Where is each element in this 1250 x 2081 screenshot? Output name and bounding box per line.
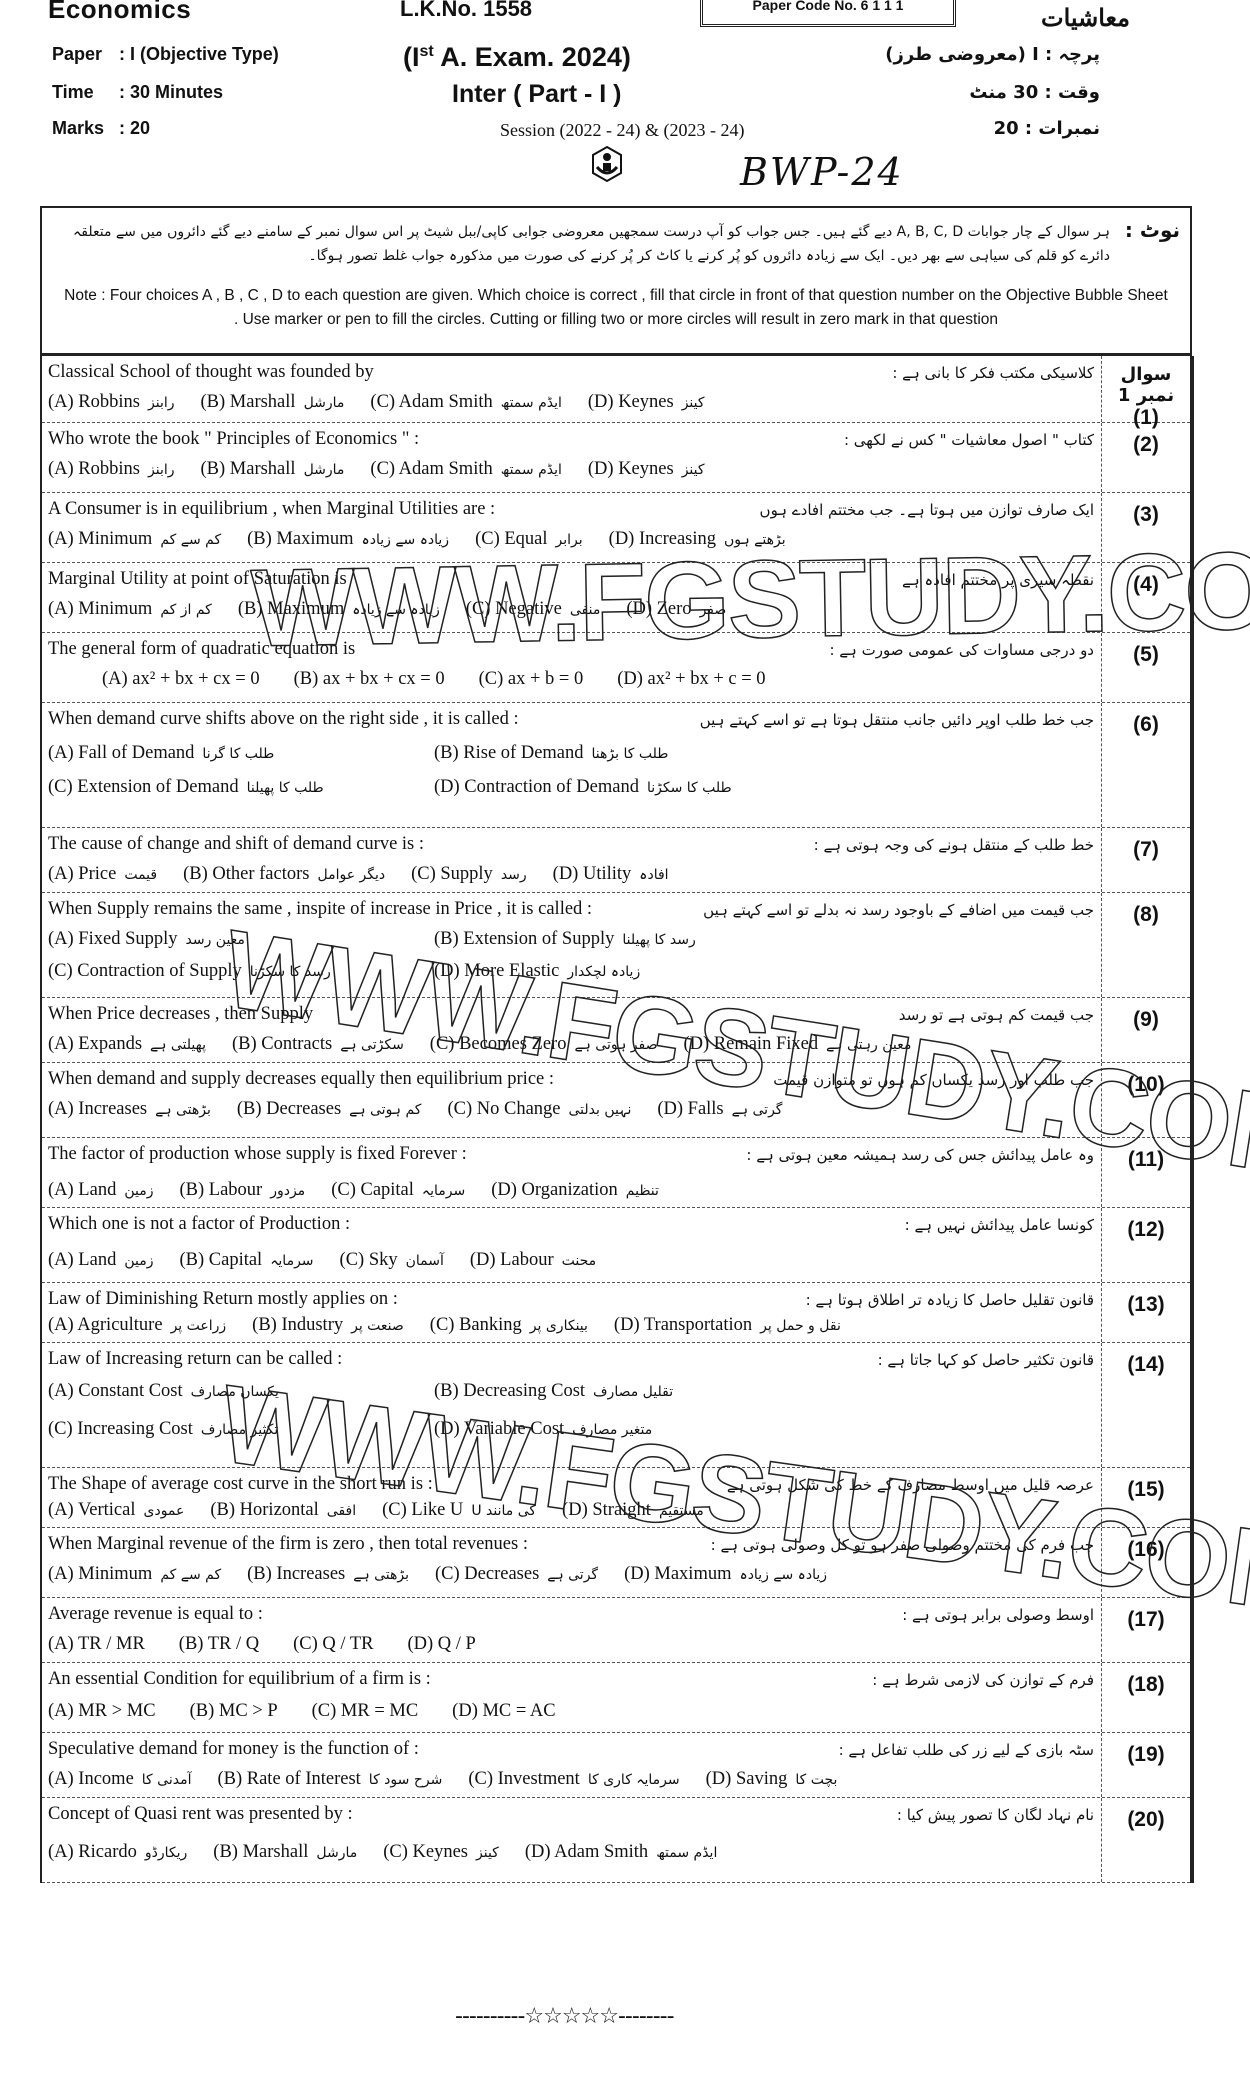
option-label: (A) Land [48,1180,116,1200]
option-c: (C) Investmentسرمایہ کاری کا [468,1769,679,1790]
question-text: When demand and supply decreases equally… [48,1069,554,1090]
option-d: (D) Fallsگرتی ہے [657,1099,782,1120]
question-text-urdu: کتاب " اصول معاشیات " کس نے لکھی : [844,431,1094,449]
option-a: (A) Minimumکم سے کم [48,529,221,550]
question-text-urdu: کلاسیکی مکتب فکر کا بانی ہے : [892,364,1094,382]
options-line: (A) TR / MR(B) TR / Q(C) Q / TR(D) Q / P [48,1634,510,1655]
option-label-urdu: افقی [327,1503,356,1519]
option-label-urdu: طلب کا سکڑنا [647,780,732,796]
options-line: (A) Expandsپھیلتی ہے(B) Contractsسکڑتی ہ… [48,1034,937,1055]
option-b: (B) Labourمزدور [179,1180,305,1201]
option-a: (A) Ricardoریکارڈو [48,1842,187,1863]
option-d: (D) Maximumزیادہ سے زیادہ [624,1564,827,1585]
question-row: When Supply remains the same , inspite o… [42,893,1190,998]
question-text-urdu: جب قیمت میں اضافے کے باوجود رسد نہ بدلے … [703,901,1094,919]
option-label-urdu: کم سے کم [160,532,221,548]
question-number: (11) [1102,1148,1190,1172]
instructions-box: نوٹ : ہر سوال کے چار جوابات A, B, C, D د… [40,206,1192,356]
urdu-paper-line: پرچہ : I (معروضی طرز) [885,44,1100,65]
option-d: (D) Remain Fixedمعین رہتی ہے [683,1034,911,1055]
question-number-cell: (4) [1101,563,1190,632]
option-label-urdu: معین رہتی ہے [826,1037,911,1053]
question-text-urdu: نقطہ سیری پر مختتم افادہ ہے [902,571,1094,589]
question-row: Classical School of thought was founded … [42,356,1190,423]
question-number-cell: (11) [1101,1138,1190,1207]
question-number: (19) [1102,1743,1190,1767]
question-number-cell: (8) [1101,893,1190,997]
options-line: (A) Priceقیمت(B) Other factorsدیگر عوامل… [48,864,695,885]
option-a: (A) Fall of Demandطلب کا گرنا [48,743,408,764]
option-d: (D) Increasingبڑھتے ہوں [609,529,786,550]
options-line: (C) Increasing Costتکثیر مصارف(D) Variab… [48,1419,820,1440]
question-text: Marginal Utility at point of Saturation … [48,569,347,590]
question-text-urdu: وہ عامل پیدائش جس کی رسد ہمیشہ معین ہوتی… [746,1146,1094,1164]
option-label: (A) Price [48,864,116,884]
option-label-urdu: ایڈم سمتھ [656,1845,717,1861]
question-text: When Supply remains the same , inspite o… [48,899,592,920]
exam-rest: A. Exam. 2024) [434,42,631,72]
option-c: (C) Contraction of Supplyرسد کا سکڑنا [48,961,408,982]
option-label: (B) Decreases [237,1099,341,1119]
question-text-urdu: خط طلب کے منتقل ہونے کی وجہ ہوتی ہے : [814,836,1094,854]
options-line: (A) Ricardoریکارڈو(B) Marshallمارشل(C) K… [48,1842,743,1863]
option-label: (D) Transportation [614,1315,752,1335]
option-b: (B) Decreasing Costتقلیل مصارف [434,1381,794,1402]
question-number-cell: (16) [1101,1528,1190,1597]
question-text: The cause of change and shift of demand … [48,834,424,855]
options-line: (A) ax² + bx + cx = 0(B) ax + bx + cx = … [102,669,800,690]
option-b: (B) ax + bx + cx = 0 [294,669,453,690]
option-label: (D) Remain Fixed [683,1034,818,1054]
option-label-urdu: رسد کا سکڑنا [250,964,331,980]
option-a: (A) MR > MC [48,1701,164,1722]
option-label: (D) Increasing [609,529,716,549]
handwritten-code: BWP-24 [740,150,904,194]
option-label-urdu: تکثیر مصارف [201,1422,278,1438]
option-label: (D) More Elastic [434,961,559,981]
question-row: Speculative demand for money is the func… [42,1733,1190,1798]
option-label-urdu: رابنز [148,462,175,478]
urdu-subject-title: معاشیات [1041,4,1130,33]
option-label: (A) Constant Cost [48,1381,183,1401]
question-text-urdu: جب قیمت کم ہوتی ہے تو رسد [899,1006,1094,1024]
options-line: (A) Landزمین(B) Labourمزدور(C) Capitalسر… [48,1180,685,1201]
option-c: (C) Q / TR [293,1634,381,1655]
marks-line: Marks : 20 [52,118,150,139]
question-row: A Consumer is in equilibrium , when Marg… [42,493,1190,563]
options-line: (A) Constant Costیکساں مصارف(B) Decreasi… [48,1381,820,1402]
question-text-urdu: سٹہ بازی کے لیے زر کی طلب تفاعل ہے : [839,1741,1094,1759]
option-label: (B) Rise of Demand [434,743,584,763]
option-label: (C) Supply [411,864,493,884]
option-label: (A) Land [48,1250,116,1270]
question-number: (20) [1102,1808,1190,1832]
option-label-urdu: طلب کا پھیلنا [247,780,324,796]
footer-stars: ----------☆☆☆☆☆-------- [455,2004,674,2029]
option-c: (C) Adam Smithایڈم سمتھ [370,459,561,480]
option-label: (A) Vertical [48,1500,136,1520]
option-label: (D) Zero [626,599,691,619]
option-a: (A) Robbinsرابنز [48,459,175,480]
option-d: (D) Organizationتنظیم [491,1180,659,1201]
option-c: (C) Bankingبینکاری پر [430,1315,588,1336]
option-label-urdu: رابنز [148,395,175,411]
option-a: (A) Verticalعمودی [48,1500,184,1521]
option-label: (D) Maximum [624,1564,731,1584]
option-label-urdu: کینز [682,395,705,411]
time-value: : 30 Minutes [119,82,223,102]
option-label: (B) Marshall [201,392,296,412]
option-label: (C) MR = MC [312,1701,419,1721]
option-label: (A) Minimum [48,599,152,619]
option-label: (A) Minimum [48,529,152,549]
option-label-urdu: محنت [562,1253,597,1269]
option-label: (B) Maximum [238,599,344,619]
option-label: (B) Marshall [201,459,296,479]
option-label: (B) Increases [247,1564,345,1584]
question-number: (13) [1102,1293,1190,1317]
option-label: (B) TR / Q [179,1634,259,1654]
marks-label: Marks [52,118,114,139]
question-text-urdu: نام نہاد لگان کا تصور پیش کیا : [897,1806,1094,1824]
option-label-urdu: منفی [570,602,600,618]
option-label-urdu: پھیلتی ہے [150,1037,206,1053]
option-label: (A) Income [48,1769,134,1789]
question-number: (2) [1102,433,1190,457]
option-label: (A) Ricardo [48,1842,137,1862]
option-label: (D) Organization [491,1180,618,1200]
option-b: (B) Rise of Demandطلب کا بڑھنا [434,743,794,764]
option-label-urdu: زیادہ سے زیادہ [362,532,450,548]
option-label: (A) Fixed Supply [48,929,178,949]
options-line: (A) Minimumکم سے کم(B) Maximumزیادہ سے ز… [48,529,812,550]
option-label: (D) Keynes [588,392,674,412]
option-label-urdu: دیگر عوامل [317,867,385,883]
exam-sup: st [420,43,434,60]
option-label: (A) Robbins [48,459,140,479]
option-label: (B) Decreasing Cost [434,1381,585,1401]
question-number: (6) [1102,713,1190,737]
question-number-cell: (3) [1101,493,1190,562]
option-d: (D) Transportationنقل و حمل پر [614,1315,841,1336]
option-label-urdu: U کی مانند [471,1503,536,1519]
urdu-marks-line: نمبرات : 20 [994,118,1100,139]
option-d: (D) Zeroصفر [626,599,726,620]
option-c: (C) ax + b = 0 [479,669,592,690]
option-c: (C) Adam Smithایڈم سمتھ [370,392,561,413]
time-line: Time : 30 Minutes [52,82,223,103]
question-row: Average revenue is equal to :اوسط وصولی … [42,1598,1190,1663]
option-label-urdu: کینز [476,1845,499,1861]
option-label-urdu: طلب کا بڑھنا [592,746,669,762]
question-number-cell: (2) [1101,423,1190,492]
question-text-urdu: کونسا عامل پیدائش نہیں ہے : [905,1216,1094,1234]
question-row: When Marginal revenue of the firm is zer… [42,1528,1190,1598]
question-number-cell: (20) [1101,1798,1190,1882]
question-number: (8) [1102,903,1190,927]
question-text: When demand curve shifts above on the ri… [48,709,519,730]
option-label-urdu: کم ہوتی ہے [349,1102,421,1118]
option-label-urdu: صنعت پر [351,1318,404,1334]
option-label: (A) Minimum [48,1564,152,1584]
option-b: (B) TR / Q [179,1634,267,1655]
option-label: (B) Horizontal [210,1500,318,1520]
option-c: (C) No Changeنہیں بدلتی [447,1099,631,1120]
question-number: (10) [1102,1073,1190,1097]
question-row: Concept of Quasi rent was presented by :… [42,1798,1190,1883]
question-number: (9) [1102,1008,1190,1032]
option-label: (A) ax² + bx + cx = 0 [102,669,260,689]
options-line: (C) Extension of Demandطلب کا پھیلنا(D) … [48,777,820,798]
option-label: (D) Variable Cost [434,1419,564,1439]
option-label: (D) Utility [553,864,632,884]
options-line: (A) Agricultureزراعت پر(B) Industryصنعت … [48,1315,867,1336]
session-text: Session (2022 - 24) & (2023 - 24) [500,120,744,141]
option-a: (A) Expandsپھیلتی ہے [48,1034,206,1055]
option-label-urdu: بڑھتے ہوں [724,532,786,548]
urdu-note-text: ہر سوال کے چار جوابات A, B, C, D دیے گئے… [42,220,1180,268]
question-number-cell: سوال نمبر 1(1) [1101,356,1190,422]
option-c: (C) Extension of Demandطلب کا پھیلنا [48,777,408,798]
question-row: The general form of quadratic equation i… [42,633,1190,703]
question-number-cell: (17) [1101,1598,1190,1662]
option-label-urdu: عمودی [144,1503,185,1519]
options-line: (A) Minimumکم سے کم(B) Increasesبڑھتی ہے… [48,1564,853,1585]
options-line: (A) Fixed Supplyمعین رسد(B) Extension of… [48,929,820,950]
question-row: When demand and supply decreases equally… [42,1063,1190,1138]
option-b: (B) Maximumزیادہ سے زیادہ [238,599,440,620]
time-label: Time [52,82,114,103]
option-b: (B) Rate of Interestشرح سود کا [217,1769,442,1790]
option-label: (D) ax² + bx + c = 0 [617,669,765,689]
option-label: (A) Expands [48,1034,142,1054]
question-number: (15) [1102,1478,1190,1502]
board-logo-icon [590,145,624,183]
question-number: (7) [1102,838,1190,862]
option-label-urdu: برابر [556,532,583,548]
option-label-urdu: زیادہ سے زیادہ [739,1567,827,1583]
options-line: (A) Robbinsرابنز(B) Marshallمارشل(C) Ada… [48,459,731,480]
question-number-cell: (19) [1101,1733,1190,1797]
options-line: (C) Contraction of Supplyرسد کا سکڑنا(D)… [48,961,820,982]
options-line: (A) Verticalعمودی(B) Horizontalافقی(C) L… [48,1500,730,1521]
options-line: (A) Landزمین(B) Capitalسرمایہ(C) Skyآسما… [48,1250,622,1271]
question-row: An essential Condition for equilibrium o… [42,1663,1190,1733]
question-number: (4) [1102,573,1190,597]
question-text-urdu: ایک صارف توازن میں ہوتا ہے۔ جب مختتم افا… [760,501,1094,519]
question-text: Average revenue is equal to : [48,1604,263,1625]
exam-title: (Ist A. Exam. 2024) [403,42,631,73]
option-label: (C) Equal [475,529,547,549]
option-label-urdu: بڑھتی ہے [353,1567,409,1583]
question-number-cell: (15) [1101,1468,1190,1527]
option-d: (D) Labourمحنت [470,1250,596,1271]
option-label: (D) Saving [706,1769,788,1789]
option-b: (B) Horizontalافقی [210,1500,356,1521]
option-label-urdu: آمدنی کا [142,1772,192,1788]
option-label-urdu: کینز [682,462,705,478]
question-text: The factor of production whose supply is… [48,1144,467,1165]
option-label-urdu: کم از کم [160,602,212,618]
question-text: Who wrote the book " Principles of Econo… [48,429,419,450]
question-row: The Shape of average cost curve in the s… [42,1468,1190,1528]
option-label-urdu: مارشل [304,462,345,478]
option-label-urdu: گرتی ہے [547,1567,598,1583]
option-b: (B) Increasesبڑھتی ہے [247,1564,409,1585]
question-text: Speculative demand for money is the func… [48,1739,419,1760]
option-b: (B) MC > P [190,1701,286,1722]
option-label-urdu: گرتی ہے [732,1102,783,1118]
option-c: (C) Supplyرسد [411,864,527,885]
option-b: (B) Industryصنعت پر [252,1315,404,1336]
question-number: (5) [1102,643,1190,667]
option-label: (C) Increasing Cost [48,1419,193,1439]
option-a: (A) TR / MR [48,1634,153,1655]
option-d: (D) Straightمستقیم [562,1500,704,1521]
option-label: (B) Extension of Supply [434,929,614,949]
option-label: (C) No Change [447,1099,560,1119]
option-label-urdu: بچت کا [795,1772,837,1788]
question-text: A Consumer is in equilibrium , when Marg… [48,499,495,520]
option-label-urdu: طلب کا گرنا [202,746,274,762]
question-text-urdu: عرصہ قلیل میں اوسط مصارف کے خط کی شکل ہو… [727,1476,1094,1494]
question-text: An essential Condition for equilibrium o… [48,1669,431,1690]
option-label-urdu: شرح سود کا [369,1772,443,1788]
options-line: (A) Incomeآمدنی کا(B) Rate of Interestشر… [48,1769,863,1790]
option-c: (C) Skyآسمان [340,1250,444,1271]
question-text: The general form of quadratic equation i… [48,639,355,660]
option-d: (D) Contraction of Demandطلب کا سکڑنا [434,777,794,798]
question-number-cell: (13) [1101,1283,1190,1342]
option-b: (B) Marshallمارشل [213,1842,357,1863]
option-label-urdu: صفر ہوتی ہے [574,1037,657,1053]
question-number-cell: (7) [1101,828,1190,892]
option-label: (D) MC = AC [452,1701,555,1721]
option-label: (C) Banking [430,1315,522,1335]
urdu-time-line: وقت : 30 منٹ [969,82,1100,103]
question-text-urdu: قانون تکثیر حاصل کو کہا جاتا ہے : [878,1351,1094,1369]
option-label: (C) Adam Smith [370,459,492,479]
question-row: Law of Diminishing Return mostly applies… [42,1283,1190,1343]
question-text-urdu: جب طلب اور رسد یکساں کم ہوں تو متوازن قی… [773,1071,1094,1089]
option-c: (C) Keynesکینز [383,1842,499,1863]
option-label-urdu: سرمایہ [422,1183,465,1199]
option-label: (A) Robbins [48,392,140,412]
question-number-cell: (14) [1101,1343,1190,1467]
option-label-urdu: سرمایہ کاری کا [588,1772,680,1788]
option-label-urdu: بینکاری پر [530,1318,588,1334]
option-label: (C) Capital [331,1180,414,1200]
option-b: (B) Decreasesکم ہوتی ہے [237,1099,422,1120]
question-text: Which one is not a factor of Production … [48,1214,350,1235]
option-d: (D) ax² + bx + c = 0 [617,669,773,690]
option-label: (B) Other factors [183,864,309,884]
option-a: (A) Priceقیمت [48,864,157,885]
option-label-urdu: تنظیم [626,1183,659,1199]
option-label-urdu: تقلیل مصارف [593,1384,673,1400]
question-text-urdu: اوسط وصولی برابر ہوتی ہے : [902,1606,1094,1624]
option-a: (A) Minimumکم از کم [48,599,212,620]
option-label: (C) Sky [340,1250,398,1270]
option-label-urdu: کم سے کم [160,1567,221,1583]
option-label: (C) Contraction of Supply [48,961,242,981]
option-a: (A) Robbinsرابنز [48,392,175,413]
option-label-urdu: ایڈم سمتھ [501,395,562,411]
option-label: (D) Q / P [407,1634,475,1654]
option-label: (D) Adam Smith [525,1842,648,1862]
english-note-text: Note : Four choices A , B , C , D to eac… [62,284,1170,332]
options-line: (A) Increasesبڑھتی ہے(B) Decreasesکم ہوت… [48,1099,808,1120]
question-number: (18) [1102,1673,1190,1697]
question-row: Who wrote the book " Principles of Econo… [42,423,1190,493]
option-b: (B) Marshallمارشل [201,459,345,480]
option-a: (A) Agricultureزراعت پر [48,1315,226,1336]
option-label-urdu: زیادہ لچکدار [567,964,640,980]
option-label: (B) ax + bx + cx = 0 [294,669,445,689]
option-label-urdu: ریکارڈو [145,1845,187,1861]
question-row: Which one is not a factor of Production … [42,1208,1190,1283]
option-a: (A) Minimumکم سے کم [48,1564,221,1585]
option-label: (A) TR / MR [48,1634,145,1654]
question-row: The cause of change and shift of demand … [42,828,1190,893]
paper-code-box: Paper Code No. 6 1 1 1 [700,0,956,27]
paper-value: : I (Objective Type) [119,44,279,64]
option-label-urdu: صفر [700,602,727,618]
option-a: (A) Landزمین [48,1250,153,1271]
option-label: (C) Like U [382,1500,463,1520]
option-c: (C) MR = MC [312,1701,427,1722]
option-d: (D) Adam Smithایڈم سمتھ [525,1842,718,1863]
option-label-urdu: مارشل [316,1845,357,1861]
question-text: When Price decreases , then Supply [48,1004,313,1025]
question-number-cell: (10) [1101,1063,1190,1137]
question-text: The Shape of average cost curve in the s… [48,1474,433,1495]
option-label-urdu: زیادہ سے زیادہ [352,602,440,618]
option-label: (B) Industry [252,1315,343,1335]
option-label-urdu: ایڈم سمتھ [501,462,562,478]
question-number-cell: (6) [1101,703,1190,827]
option-c: (C) Decreasesگرتی ہے [435,1564,598,1585]
option-c: (C) Becomes Zeroصفر ہوتی ہے [430,1034,658,1055]
option-label-urdu: متغیر مصارف [572,1422,652,1438]
option-label: (A) Increases [48,1099,147,1119]
option-label: (C) Keynes [383,1842,468,1862]
option-b: (B) Maximumزیادہ سے زیادہ [247,529,449,550]
option-a: (A) ax² + bx + cx = 0 [102,669,268,690]
option-label: (B) MC > P [190,1701,278,1721]
option-label: (B) Rate of Interest [217,1769,360,1789]
option-d: (D) Utilityافادہ [553,864,669,885]
option-c: (C) Negativeمنفی [466,599,601,620]
option-b: (B) Other factorsدیگر عوامل [183,864,385,885]
option-label: (B) Contracts [232,1034,332,1054]
option-b: (B) Marshallمارشل [201,392,345,413]
option-a: (A) Constant Costیکساں مصارف [48,1381,408,1402]
option-label-urdu: زمین [124,1183,153,1199]
option-label: (D) Keynes [588,459,674,479]
option-label-urdu: افادہ [639,867,668,883]
option-label: (C) Investment [468,1769,580,1789]
question-number: (3) [1102,503,1190,527]
option-label: (C) ax + b = 0 [479,669,584,689]
question-text: Classical School of thought was founded … [48,362,374,383]
option-label: (A) Agriculture [48,1315,163,1335]
option-label: (D) Falls [657,1099,723,1119]
option-label-urdu: سرمایہ [270,1253,313,1269]
marks-value: : 20 [119,118,150,138]
question-text: Law of Diminishing Return mostly applies… [48,1289,398,1310]
option-label: (C) Adam Smith [370,392,492,412]
